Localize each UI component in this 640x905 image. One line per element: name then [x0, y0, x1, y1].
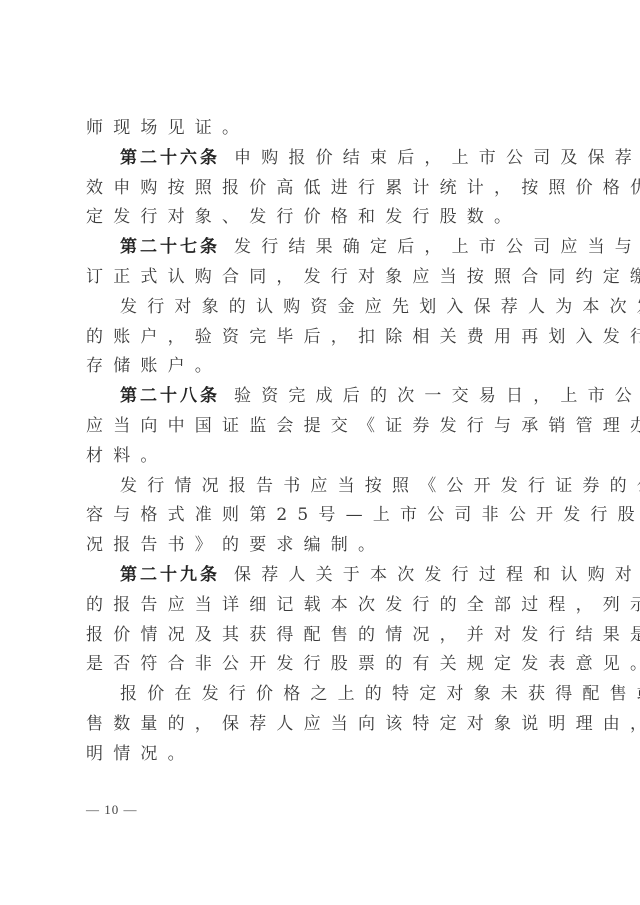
text-line: 定发行对象、发行价格和发行股数。	[86, 203, 556, 233]
text-line: 师现场见证。	[86, 114, 556, 144]
text-line: 的报告应当详细记载本次发行的全部过程，列示发行对象的申购	[86, 591, 556, 621]
article-heading: 第二十八条	[120, 386, 220, 406]
article-heading: 第二十六条	[120, 148, 220, 168]
text-line: 明情况。	[86, 740, 556, 770]
text-line: 容与格式准则第25号—上市公司非公开发行股票预案和发行情	[86, 501, 556, 531]
text-line: 况报告书》的要求编制。	[86, 531, 556, 561]
page-number: — 10 —	[86, 802, 138, 818]
article-29: 第二十九条保荐人关于本次发行过程和认购对象合规性	[86, 561, 556, 591]
document-body: 师现场见证。 第二十六条申购报价结束后，上市公司及保荐人应当对有 效申购按照报价…	[86, 114, 556, 770]
text-line: 申购报价结束后，上市公司及保荐人应当对有	[234, 148, 640, 168]
article-27: 第二十七条发行结果确定后，上市公司应当与发行对象签	[86, 233, 556, 263]
text-line: 订正式认购合同，发行对象应当按照合同约定缴款。	[86, 263, 556, 293]
article-28: 第二十八条验资完成后的次一交易日，上市公司和保荐人	[86, 382, 556, 412]
text-line: 发行结果确定后，上市公司应当与发行对象签	[234, 237, 640, 257]
text-line: 的账户，验资完毕后，扣除相关费用再划入发行人募集资金专项	[86, 323, 556, 353]
text-line: 报价在发行价格之上的特定对象未获得配售或者被调减配	[86, 680, 556, 710]
article-heading: 第二十七条	[120, 237, 220, 257]
article-heading: 第二十九条	[120, 565, 220, 585]
text-line: 保荐人关于本次发行过程和认购对象合规性	[234, 565, 640, 585]
text-line: 发行情况报告书应当按照《公开发行证券的公司信息披露内	[86, 472, 556, 502]
text-line: 是否符合非公开发行股票的有关规定发表意见。	[86, 650, 556, 680]
text-line: 材料。	[86, 442, 556, 472]
text-line: 效申购按照报价高低进行累计统计，按照价格优先的原则合理确	[86, 174, 556, 204]
text-line: 验资完成后的次一交易日，上市公司和保荐人	[234, 386, 640, 406]
text-line: 售数量的，保荐人应当向该特定对象说明理由，并在报告书中说	[86, 710, 556, 740]
article-26: 第二十六条申购报价结束后，上市公司及保荐人应当对有	[86, 144, 556, 174]
text-line: 应当向中国证监会提交《证券发行与承销管理办法》规定的备案	[86, 412, 556, 442]
text-line: 发行对象的认购资金应先划入保荐人为本次发行专门开立	[86, 293, 556, 323]
text-line: 存储账户。	[86, 352, 556, 382]
text-line: 报价情况及其获得配售的情况，并对发行结果是否公平、公正，	[86, 621, 556, 651]
